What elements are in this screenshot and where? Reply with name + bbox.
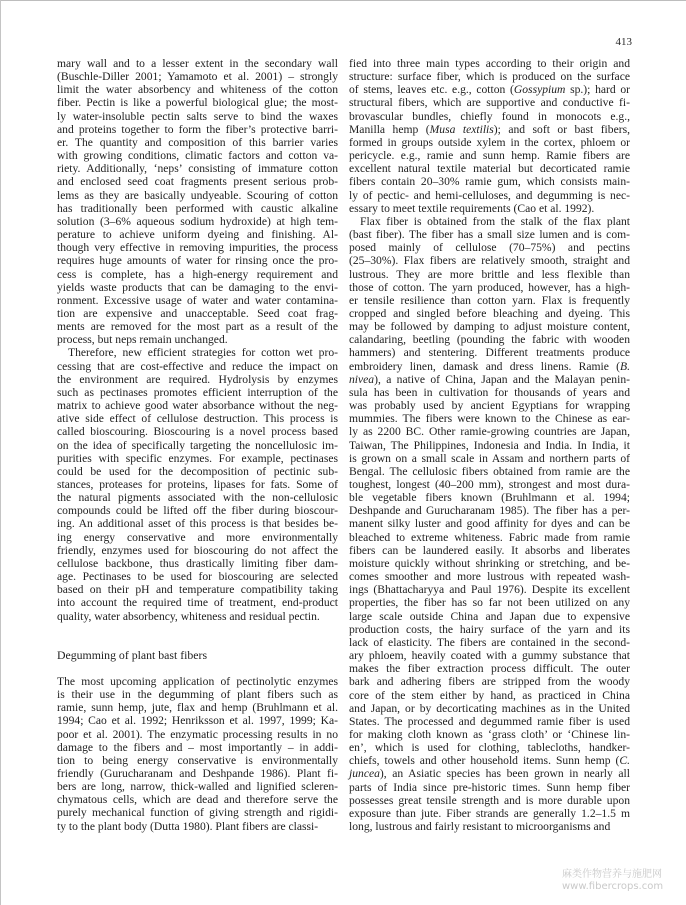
- text-line: bleached to extreme whiteness. Fabric ma…: [349, 531, 630, 544]
- text-line: stances, proteases for proteins, lipases…: [57, 478, 338, 491]
- text-line: purities with specific enzymes. For exam…: [57, 452, 338, 465]
- paragraph-flax-ramie-sunn: Flax fiber is obtained from the stalk of…: [349, 215, 630, 833]
- text-line: sula has been in cultivation for thousan…: [349, 386, 630, 399]
- species-name: juncea: [349, 767, 380, 780]
- text-line: parts of India since pre-historic times.…: [349, 781, 630, 794]
- text-line: based on their pH and temperature compat…: [57, 583, 338, 596]
- text-line: ary phloem, heavily coated with a gummy …: [349, 649, 630, 662]
- text-line: er. The quantity and composition of this…: [57, 136, 338, 149]
- text-line: though very effective in removing impuri…: [57, 241, 338, 254]
- text-line: lems as they are basically undyeable. Sc…: [57, 189, 338, 202]
- text-line: formed in groups outside xylem in the co…: [349, 136, 630, 149]
- text-line: for making cloth known as ‘grass cloth’ …: [349, 728, 630, 741]
- text-line: States. The processed and degummed ramie…: [349, 715, 630, 728]
- text-line: limit the water absorbency and whiteness…: [57, 83, 338, 96]
- text-line: Manilla hemp (Musa textilis); and soft o…: [349, 123, 630, 136]
- text-line: cropped and singled before bleaching and…: [349, 307, 630, 320]
- text-line: core of the stem either by hand, as prac…: [349, 689, 630, 702]
- text-line: Therefore, new efficient strategies for …: [57, 346, 338, 359]
- text-line: yields waste products that can be damagi…: [57, 281, 338, 294]
- text-line: essary to meet textile requirements (Cao…: [349, 202, 630, 215]
- text-line: lustrous. They are more brittle and less…: [349, 268, 630, 281]
- text-line: posed mainly of cellulose (70–75%) and p…: [349, 241, 630, 254]
- text-line: may be followed by damping to adjust moi…: [349, 320, 630, 333]
- species-name: C.: [619, 754, 630, 767]
- text-line: riety. Additionally, ‘neps’ consisting o…: [57, 162, 338, 175]
- text-line: mary wall and to a lesser extent in the …: [57, 57, 338, 70]
- text-line: (bast fiber). The fiber has a small size…: [349, 228, 630, 241]
- text-line: those of cotton. The yarn produced, howe…: [349, 281, 630, 294]
- text-line: quality, water absorbency, whiteness and…: [57, 610, 338, 623]
- text-line: into account the required time of treatm…: [57, 596, 338, 609]
- text-line: ing energy conservative and more environ…: [57, 531, 338, 544]
- page-border-left: [0, 0, 1, 905]
- text-line: ments are removed for the most part as a…: [57, 320, 338, 333]
- text-line: en’, which is used for clothing, tablecl…: [349, 741, 630, 754]
- text-line: large scale outside China and Japan due …: [349, 610, 630, 623]
- text-line: brovascular bundles, chiefly found in mo…: [349, 110, 630, 123]
- text-line: makes the fiber extraction process diffi…: [349, 662, 630, 675]
- text-line: embroidery linen, damask and dress linen…: [349, 360, 630, 373]
- text-line: properties, the fiber has so far not bee…: [349, 596, 630, 609]
- paragraph-cotton-scouring: mary wall and to a lesser extent in the …: [57, 57, 338, 346]
- text-line: cess is complete, has a high-energy requ…: [57, 268, 338, 281]
- text-line: The most upcoming application of pectino…: [57, 675, 338, 688]
- text-line: ty to the plant body (Dutta 1980). Plant…: [57, 820, 338, 833]
- text-line: chymatous cells, which are dead and ther…: [57, 793, 338, 806]
- text-line: fied into three main types according to …: [349, 57, 630, 70]
- species-name: Musa textilis: [430, 123, 494, 136]
- text-line: bers are long, narrow, thick-walled and …: [57, 780, 338, 793]
- watermark: 麻类作物营养与施肥网 www.fibercrops.com: [562, 869, 682, 893]
- text-line: compounds could be lifted off the fiber …: [57, 504, 338, 517]
- text-line: long, lustrous and fairly resistant to m…: [349, 820, 630, 833]
- text-line: solution (3–6% aqueous sodium hydroxide)…: [57, 215, 338, 228]
- text-line: ble vegetable fibers known (Bruhlmann et…: [349, 491, 630, 504]
- text-line: ings (Bhattacharyya and Paul 1976). Desp…: [349, 583, 630, 596]
- text-line: ramie, sunn hemp, jute, flax and hemp (B…: [57, 701, 338, 714]
- text-line: tion to being energy conservative is env…: [57, 754, 338, 767]
- section-heading-degumming: Degumming of plant bast fibers: [57, 649, 338, 662]
- text-line: excellent natural textile material but d…: [349, 162, 630, 175]
- text-line: perature to achieve uniform dyeing and f…: [57, 228, 338, 241]
- text-line: structural fibers, which are supportive …: [349, 96, 630, 109]
- text-line: manent silky luster and good affinity fo…: [349, 517, 630, 530]
- text-line: requires huge amounts of water for rinsi…: [57, 254, 338, 267]
- text-line: (Buschle-Diller 2001; Yamamoto et al. 20…: [57, 70, 338, 83]
- text-line: calandaring, beetling (pounding the fabr…: [349, 333, 630, 346]
- text-line: nivea), a native of China, Japan and the…: [349, 373, 630, 386]
- text-line: comes smoother and more lustrous with re…: [349, 570, 630, 583]
- watermark-chinese: 麻类作物营养与施肥网: [562, 869, 682, 881]
- text-line: is their use in the degumming of plant f…: [57, 688, 338, 701]
- text-line: age. Pectinases to be used for bioscouri…: [57, 570, 338, 583]
- text-line: chiefs, towels and other household items…: [349, 754, 630, 767]
- text-line: ative side effect of cellulose destructi…: [57, 412, 338, 425]
- paragraph-fiber-types: fied into three main types according to …: [349, 57, 630, 215]
- left-column: mary wall and to a lesser extent in the …: [57, 57, 338, 833]
- text-line: and enclosed seed coat fragments present…: [57, 175, 338, 188]
- text-line: the environment are required. Hydrolysis…: [57, 373, 338, 386]
- text-line: ronment. Excessive usage of water and wa…: [57, 294, 338, 307]
- text-line: ing. An additional asset of this process…: [57, 517, 338, 530]
- text-line: has traditionally been performed with ca…: [57, 202, 338, 215]
- species-name: B.: [620, 360, 630, 373]
- text-line: ly of pectic- and hemi-celluloses, and d…: [349, 189, 630, 202]
- text-line: friendly, enzymes used for bioscouring d…: [57, 544, 338, 557]
- text-line: Taiwan, The Philippines, Indonesia and I…: [349, 439, 630, 452]
- paragraph-bioscouring: Therefore, new efficient strategies for …: [57, 346, 338, 622]
- text-line: 1994; Cao et al. 1992; Henriksson et al.…: [57, 714, 338, 727]
- text-line: toughest, longest (40–200 mm), strongest…: [349, 478, 630, 491]
- text-line: ly as 2200 BC. Other ramie-growing count…: [349, 425, 630, 438]
- paragraph-degumming: The most upcoming application of pectino…: [57, 675, 338, 833]
- text-line: er tensile resilience than cotton yarn. …: [349, 294, 630, 307]
- text-line: process, but neps remain unchanged.: [57, 333, 338, 346]
- text-line: ly water-insoluble pectin salts serve to…: [57, 110, 338, 123]
- text-line: pericycle. e.g., ramie and sunn hemp. Ra…: [349, 149, 630, 162]
- text-line: and Japan, or by decorticating machines …: [349, 702, 630, 715]
- text-line: lack of elasticity. The fibers are conta…: [349, 636, 630, 649]
- right-column: fied into three main types according to …: [349, 57, 630, 833]
- text-line: Flax fiber is obtained from the stalk of…: [349, 215, 630, 228]
- text-line: friendly (Gurucharanam and Deshpande 198…: [57, 767, 338, 780]
- text-line: called bioscouring. Bioscouring is a nov…: [57, 425, 338, 438]
- text-line: fiber. Pectin is like a powerful biologi…: [57, 96, 338, 109]
- text-line: fibers contain 20–30% ramie gum, which c…: [349, 175, 630, 188]
- species-name: nivea: [349, 373, 374, 386]
- text-line: tion are expensive and unacceptable. See…: [57, 307, 338, 320]
- text-line: (25–30%). Flax fibers are relatively smo…: [349, 254, 630, 267]
- page-number: 413: [600, 36, 632, 48]
- text-line: poor et al. 2001). The enzymatic process…: [57, 728, 338, 741]
- text-line: production costs, the hairy surface of t…: [349, 623, 630, 636]
- text-line: structure: surface fiber, which is produ…: [349, 70, 630, 83]
- page-border-top: [0, 0, 686, 1]
- text-line: such as pectinases promotes efficient in…: [57, 386, 338, 399]
- text-line: purely mechanical function of giving str…: [57, 806, 338, 819]
- text-line: cessing that are cost-effective and redu…: [57, 360, 338, 373]
- watermark-url: www.fibercrops.com: [562, 881, 682, 893]
- text-line: hammers) and stentering. Different treat…: [349, 346, 630, 359]
- text-line: exposure than jute. Fiber strands are ge…: [349, 807, 630, 820]
- text-line: could be used for the decomposition of p…: [57, 465, 338, 478]
- text-line: bark and adhering fibers are stripped fr…: [349, 675, 630, 688]
- text-line: with growing conditions, climatic factor…: [57, 149, 338, 162]
- text-line: Deshpande and Gurucharanam 1985). The fi…: [349, 504, 630, 517]
- text-line: Bengal. The cellulosic fibers obtained f…: [349, 465, 630, 478]
- text-line: moisture quickly without shrinking or st…: [349, 557, 630, 570]
- text-line: matrix to achieve good water absorbance …: [57, 399, 338, 412]
- text-line: was probably used by ancient Egyptians f…: [349, 399, 630, 412]
- text-line: mummies. The fibers were known to the Ch…: [349, 412, 630, 425]
- text-line: of stems, leaves etc. e.g., cotton (Goss…: [349, 83, 630, 96]
- text-line: possesses great tensile strength and is …: [349, 794, 630, 807]
- text-line: juncea), an Asiatic species has been gro…: [349, 767, 630, 780]
- species-name: Gossypium: [514, 83, 566, 96]
- text-line: is grown on a small scale in Assam and n…: [349, 452, 630, 465]
- text-line: damage to the fibers and – most importan…: [57, 741, 338, 754]
- text-line: and proteins together to form the fiber’…: [57, 123, 338, 136]
- text-line: fibers can be laundered easily. It absor…: [349, 544, 630, 557]
- text-line: cellulose backbone, thus drastically lim…: [57, 557, 338, 570]
- text-line: on the idea of specifically targeting th…: [57, 439, 338, 452]
- text-line: the natural pigments associated with the…: [57, 491, 338, 504]
